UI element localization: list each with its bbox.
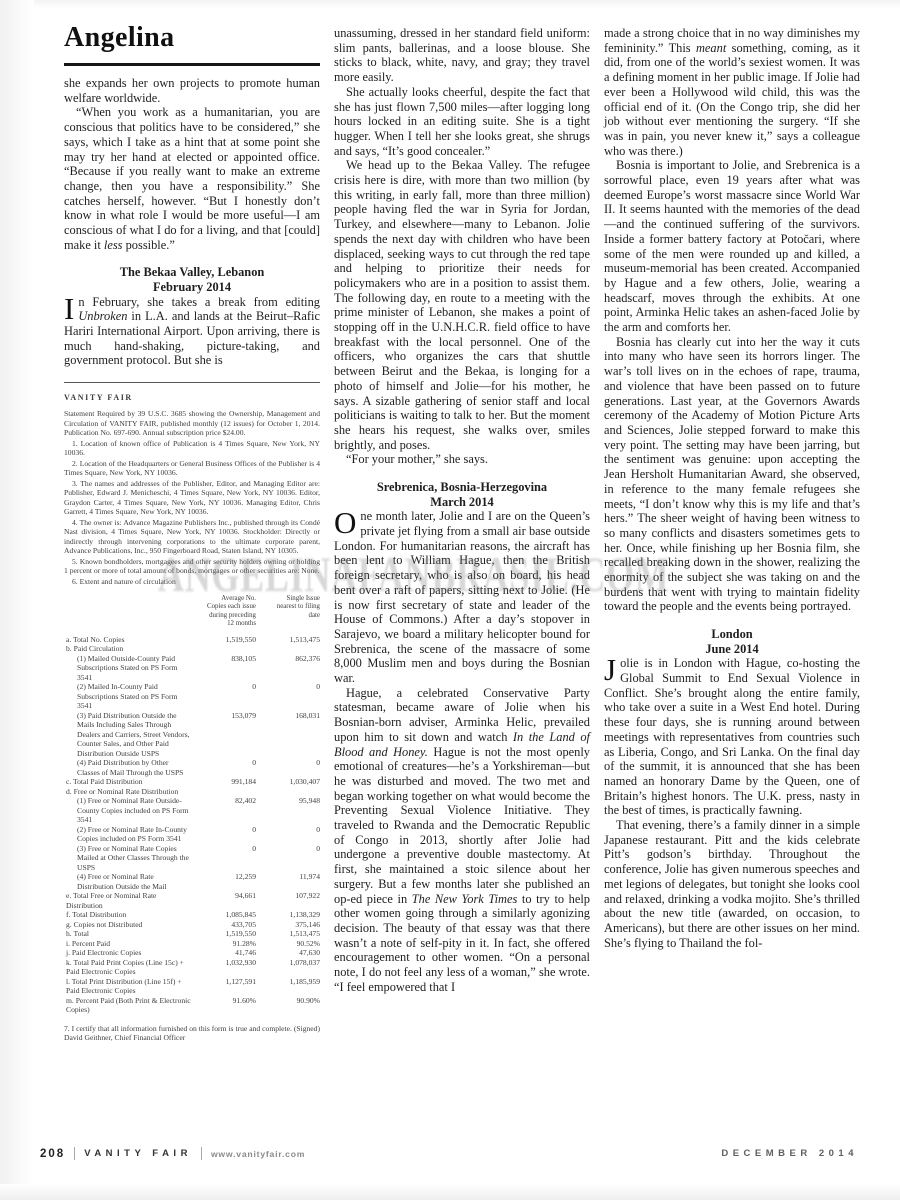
column-middle: unassuming, dressed in her standard fiel… <box>334 26 590 994</box>
table-row: d. Free or Nominal Rate Distribution <box>64 787 320 797</box>
row-label: m. Percent Paid (Both Print & Electronic… <box>64 996 192 1015</box>
ownership-item: 4. The owner is: Advance Magazine Publis… <box>64 518 320 556</box>
row-label: (2) Free or Nominal Rate In-County Copie… <box>64 825 192 844</box>
table-row: b. Paid Circulation <box>64 644 320 654</box>
row-value-single: 1,513,475 <box>268 929 320 939</box>
body-paragraph: she expands her own projects to promote … <box>64 76 320 105</box>
table-row: g. Copies not Distributed433,705375,146 <box>64 920 320 930</box>
row-label: l. Total Print Distribution (Line 15f) +… <box>64 977 192 996</box>
brand-url: www.vanityfair.com <box>211 1149 305 1159</box>
table-row: a. Total No. Copies1,519,5501,513,475 <box>64 635 320 645</box>
table-row: (1) Mailed Outside-County Paid Subscript… <box>64 654 320 683</box>
table-row: j. Paid Electronic Copies41,74647,630 <box>64 948 320 958</box>
row-label: i. Percent Paid <box>64 939 192 949</box>
column-right: made a strong choice that in no way dimi… <box>604 26 860 950</box>
ownership-item: 3. The names and addresses of the Publis… <box>64 479 320 517</box>
row-value-single: 107,922 <box>268 891 320 910</box>
row-label: k. Total Paid Print Copies (Line 15c) + … <box>64 958 192 977</box>
table-row: (3) Free or Nominal Rate Copies Mailed a… <box>64 844 320 873</box>
row-value-single: 47,630 <box>268 948 320 958</box>
row-value-avg: 91.28% <box>204 939 256 949</box>
row-label: j. Paid Electronic Copies <box>64 948 192 958</box>
heading-location: Srebrenica, Bosnia-Herzegovina <box>334 480 590 495</box>
page-edge-left <box>0 0 34 1200</box>
column-left: she expands her own projects to promote … <box>64 76 320 1044</box>
table-row: c. Total Paid Distribution991,1841,030,4… <box>64 777 320 787</box>
row-value-avg: 1,519,550 <box>204 929 256 939</box>
heading-location: London <box>604 627 860 642</box>
row-value-single: 90.52% <box>268 939 320 949</box>
footer: 208 VANITY FAIR www.vanityfair.com DECEM… <box>40 1147 858 1160</box>
row-value-avg: 433,705 <box>204 920 256 930</box>
body-paragraph: In February, she takes a break from edit… <box>64 295 320 369</box>
row-value-avg: 0 <box>204 758 256 777</box>
brand-name: VANITY FAIR <box>84 1148 192 1159</box>
ownership-item: 1. Location of known office of Publicati… <box>64 439 320 458</box>
body-paragraph: Bosnia has clearly cut into her the way … <box>604 335 860 614</box>
row-label: (1) Free or Nominal Rate Outside-County … <box>64 796 192 825</box>
table-header-spacer <box>64 595 192 628</box>
heading-date: June 2014 <box>604 642 860 657</box>
row-value-single: 1,185,959 <box>268 977 320 996</box>
row-label: b. Paid Circulation <box>64 644 192 654</box>
row-value-single: 90.90% <box>268 996 320 1015</box>
drop-cap: O <box>334 509 360 535</box>
row-label: c. Total Paid Distribution <box>64 777 192 787</box>
body-paragraph: unassuming, dressed in her standard fiel… <box>334 26 590 85</box>
body-paragraph: We head up to the Bekaa Valley. The refu… <box>334 158 590 452</box>
heading-date: March 2014 <box>334 495 590 510</box>
row-value-avg: 153,079 <box>204 711 256 759</box>
row-value-single: 1,078,037 <box>268 958 320 977</box>
row-value-avg: 82,402 <box>204 796 256 825</box>
row-value-avg: 41,746 <box>204 948 256 958</box>
title-rule <box>64 63 320 66</box>
row-value-avg: 1,127,591 <box>204 977 256 996</box>
body-paragraph: Hague, a celebrated Conservative Party s… <box>334 686 590 995</box>
row-label: (3) Paid Distribution Outside the Mails … <box>64 711 192 759</box>
row-label: f. Total Distribution <box>64 910 192 920</box>
row-value-single: 375,146 <box>268 920 320 930</box>
row-label: h. Total <box>64 929 192 939</box>
row-label: (2) Mailed In-County Paid Subscriptions … <box>64 682 192 711</box>
row-value-avg: 991,184 <box>204 777 256 787</box>
footer-separator <box>74 1147 75 1160</box>
row-value-avg: 0 <box>204 844 256 873</box>
row-value-avg <box>204 644 256 654</box>
table-row: (1) Free or Nominal Rate Outside-County … <box>64 796 320 825</box>
table-row: m. Percent Paid (Both Print & Electronic… <box>64 996 320 1015</box>
row-value-single: 0 <box>268 825 320 844</box>
body-paragraph: “When you work as a humanitarian, you ar… <box>64 105 320 252</box>
page-edge-bottom <box>0 1184 900 1200</box>
row-label: d. Free or Nominal Rate Distribution <box>64 787 192 797</box>
row-value-avg: 94,661 <box>204 891 256 910</box>
table-row: i. Percent Paid91.28%90.52% <box>64 939 320 949</box>
table-row: (4) Paid Distribution by Other Classes o… <box>64 758 320 777</box>
row-value-single: 1,513,475 <box>268 635 320 645</box>
section-heading: The Bekaa Valley, Lebanon February 2014 <box>64 265 320 294</box>
ownership-item: 2. Location of the Headquarters or Gener… <box>64 459 320 478</box>
body-paragraph: Bosnia is important to Jolie, and Srebre… <box>604 158 860 334</box>
table-row: f. Total Distribution1,085,8451,138,329 <box>64 910 320 920</box>
row-label: e. Total Free or Nominal Rate Distributi… <box>64 891 192 910</box>
body-paragraph: She actually looks cheerful, despite the… <box>334 85 590 159</box>
ownership-statement-box: VANITY FAIR Statement Required by 39 U.S… <box>64 382 320 1043</box>
row-value-single: 0 <box>268 844 320 873</box>
body-paragraph: “For your mother,” she says. <box>334 452 590 467</box>
body-paragraph: One month later, Jolie and I are on the … <box>334 509 590 685</box>
table-row: l. Total Print Distribution (Line 15f) +… <box>64 977 320 996</box>
body-paragraph: made a strong choice that in no way dimi… <box>604 26 860 158</box>
circulation-table-header: Average No. Copies each issue during pre… <box>64 595 320 628</box>
row-label: g. Copies not Distributed <box>64 920 192 930</box>
table-row: (2) Mailed In-County Paid Subscriptions … <box>64 682 320 711</box>
issue-date: DECEMBER 2014 <box>721 1148 858 1159</box>
row-value-avg: 1,085,845 <box>204 910 256 920</box>
table-row: (4) Free or Nominal Rate Distribution Ou… <box>64 872 320 891</box>
page-edge-top <box>0 0 900 8</box>
paragraph-text: n February, she takes a break from editi… <box>64 295 320 368</box>
table-row: (3) Paid Distribution Outside the Mails … <box>64 711 320 759</box>
section-heading: Srebrenica, Bosnia-Herzegovina March 201… <box>334 480 590 509</box>
table-row: k. Total Paid Print Copies (Line 15c) + … <box>64 958 320 977</box>
row-value-single: 0 <box>268 758 320 777</box>
row-label: (3) Free or Nominal Rate Copies Mailed a… <box>64 844 192 873</box>
page-number: 208 <box>40 1148 65 1160</box>
row-value-single: 1,030,407 <box>268 777 320 787</box>
heading-location: The Bekaa Valley, Lebanon <box>64 265 320 280</box>
row-value-single: 1,138,329 <box>268 910 320 920</box>
row-value-avg <box>204 787 256 797</box>
certification-note: 7. I certify that all information furnis… <box>64 1024 320 1043</box>
drop-cap: I <box>64 295 78 321</box>
page-title: Angelina <box>64 22 175 54</box>
row-value-avg: 1,032,930 <box>204 958 256 977</box>
row-value-single: 0 <box>268 682 320 711</box>
table-header-single: Single Issue nearest to filing date <box>268 595 320 628</box>
drop-cap: J <box>604 656 620 682</box>
ownership-intro: Statement Required by 39 U.S.C. 3685 sho… <box>64 409 320 438</box>
row-label: (4) Paid Distribution by Other Classes o… <box>64 758 192 777</box>
row-value-avg: 1,519,550 <box>204 635 256 645</box>
row-value-avg: 12,259 <box>204 872 256 891</box>
row-value-avg: 0 <box>204 825 256 844</box>
row-value-single <box>268 644 320 654</box>
body-paragraph: Jolie is in London with Hague, co-hostin… <box>604 656 860 818</box>
heading-date: February 2014 <box>64 280 320 295</box>
ownership-item: 6. Extent and nature of circulation <box>64 577 320 587</box>
table-row: e. Total Free or Nominal Rate Distributi… <box>64 891 320 910</box>
footer-separator <box>201 1147 202 1160</box>
table-header-avg: Average No. Copies each issue during pre… <box>204 595 256 628</box>
paragraph-text: olie is in London with Hague, co-hosting… <box>604 656 860 817</box>
row-value-single: 95,948 <box>268 796 320 825</box>
row-value-single: 11,974 <box>268 872 320 891</box>
row-label: (1) Mailed Outside-County Paid Subscript… <box>64 654 192 683</box>
row-value-avg: 0 <box>204 682 256 711</box>
ownership-title: VANITY FAIR <box>64 393 320 402</box>
row-value-avg: 838,105 <box>204 654 256 683</box>
table-row: (2) Free or Nominal Rate In-County Copie… <box>64 825 320 844</box>
row-value-single: 168,031 <box>268 711 320 759</box>
row-value-avg: 91.60% <box>204 996 256 1015</box>
table-row: h. Total1,519,5501,513,475 <box>64 929 320 939</box>
row-label: (4) Free or Nominal Rate Distribution Ou… <box>64 872 192 891</box>
paragraph-text: ne month later, Jolie and I are on the Q… <box>334 509 590 685</box>
circulation-table: a. Total No. Copies1,519,5501,513,475b. … <box>64 635 320 1015</box>
section-heading: London June 2014 <box>604 627 860 656</box>
row-value-single: 862,376 <box>268 654 320 683</box>
ownership-item: 5. Known bondholders, mortgagees and oth… <box>64 557 320 576</box>
row-label: a. Total No. Copies <box>64 635 192 645</box>
body-paragraph: That evening, there’s a family dinner in… <box>604 818 860 950</box>
row-value-single <box>268 787 320 797</box>
